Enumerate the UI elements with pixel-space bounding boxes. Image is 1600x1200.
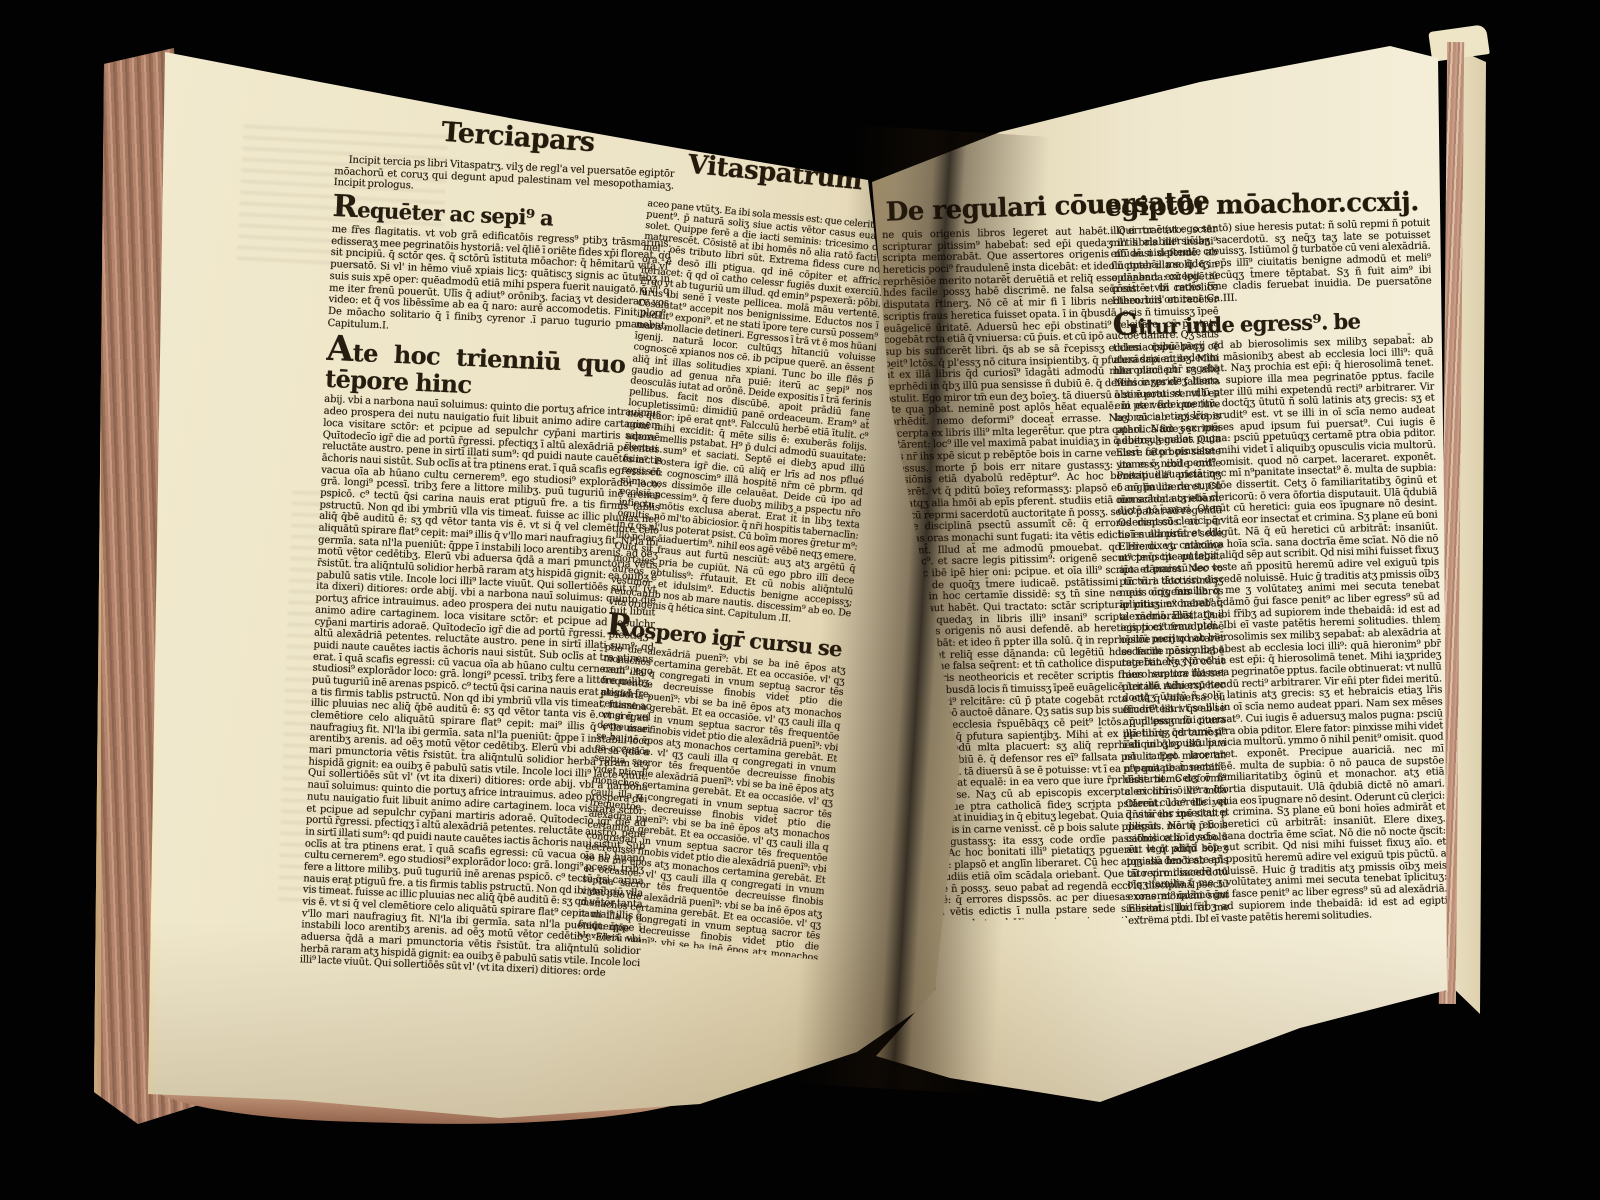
chapter-text: thlem opibū pecij qd ab bierosolimis sex… [1113,334,1448,927]
running-head-tercia-pars: Terciapars [382,113,654,163]
running-head-vitas-patrum: Vitaspatrum [649,146,901,200]
chapter-heading-ante-hoc-triennium: Ate hoc trienniū quo tēpore hinc [325,331,627,405]
running-head-egyptorum-monachorum-folio: egiptōr mōachor.ccxij. [1102,187,1422,223]
left-page: Terciapars Incipit tercia ps libri Vitas… [145,42,985,1142]
ink-stain-spot [1380,502,1385,507]
right-page-column-2: illō error ē (vt ego sentō) siue heresis… [1110,218,1448,928]
right-page: De regulari cōuersatōe egiptōr mōachor.c… [858,34,1480,1126]
chapter-text: aceo pane vtūt̄ʒ. Ea ibi sola messis est… [609,198,889,630]
chapter-text: ptio die alexādriā puenī⁹: vbi se ba inē… [577,642,846,960]
right-page-bottom-shade [858,934,1480,1134]
prologue-text: me fr̄es flagitatis. vt vob grā edificat… [327,224,671,344]
photograph-open-incunable-book: Terciapars Incipit tercia ps libri Vitas… [0,0,1600,1200]
chapter-text: illō error ē (vt ego sentō) siue heresis… [1110,218,1432,308]
